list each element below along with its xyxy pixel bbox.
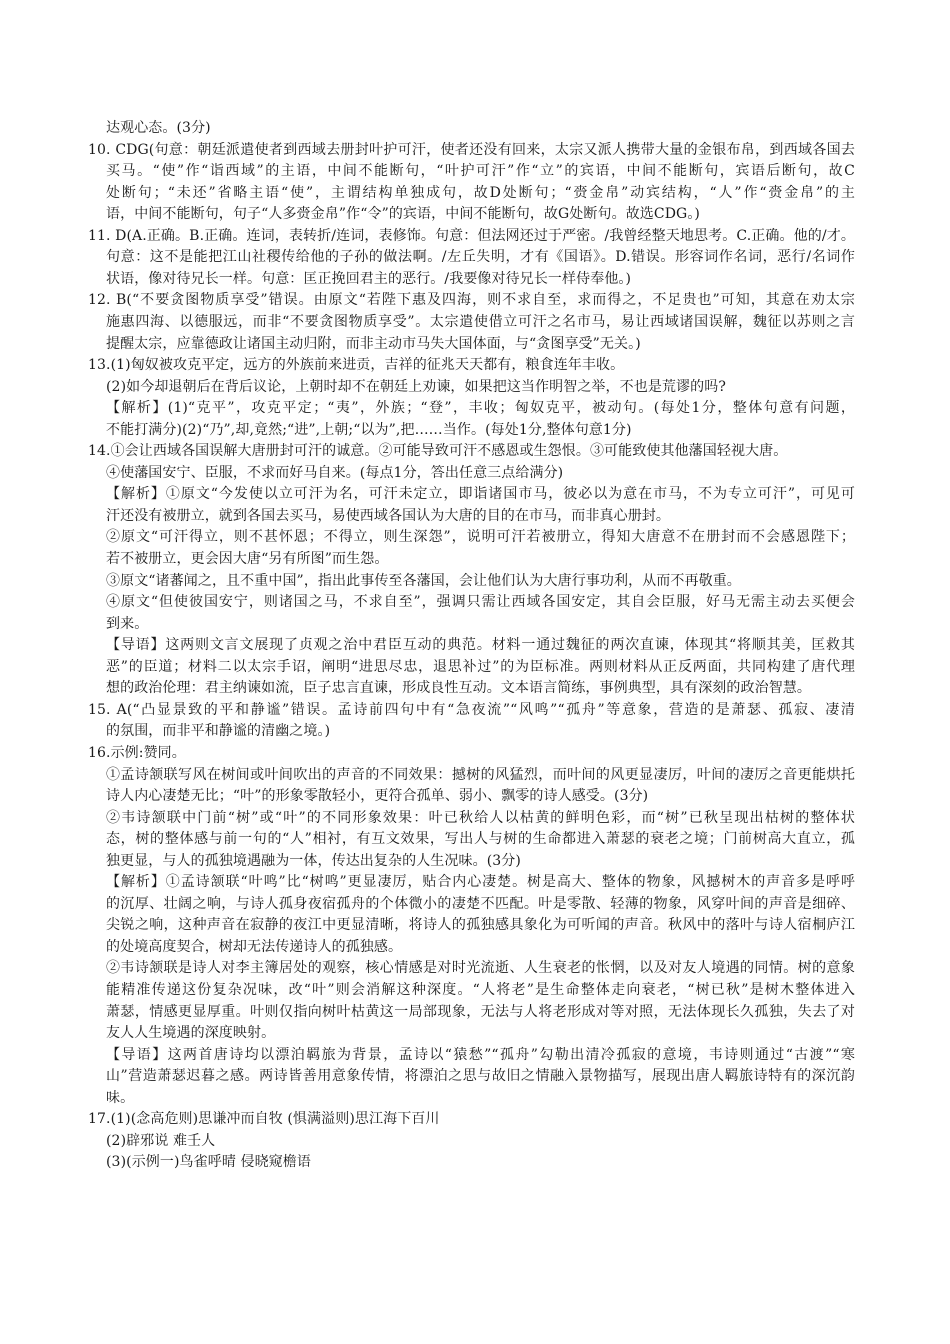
answer-text-line: 【解析】①孟诗颔联“叶鸣”比“树鸣”更显凄厉，贴合内心凄楚。树是高大、整体的物象…: [106, 873, 855, 891]
answer-text-line: 的处境高度契合，树却无法传递诗人的孤独感。: [106, 938, 402, 956]
answer-text-line: 的沉厚、壮阔之响，与诗人孤身夜宿孤舟的个体微小的凄楚不匹配。叶是零散、轻薄的物象…: [106, 895, 855, 913]
answer-text-line: 【解析】①原文“今发使以立可汗为名，可汗未定立，即诣诸国市马，彼必以为意在市马，…: [106, 485, 855, 503]
answer-item-line: 13.(1)匈奴被攻克平定，远方的外族前来进贡，吉祥的征兆天天都有，粮食连年丰收…: [88, 356, 624, 374]
answer-text-line: 语，中间不能断句，句子“人多赍金帛”作“令”的宾语，中间不能断句，故G处断句。故…: [106, 205, 700, 223]
answer-text-line: 到来。: [106, 615, 148, 633]
answer-text-line: 想的政治伦理：君主纳谏如流，臣子忠言直谏，形成良性互动。文本语言简练，事例典型，…: [106, 679, 811, 697]
answer-text-line: 尖锐之响，这种声音在寂静的夜江中更显清晰，将诗人的孤独感具象化为可听闻的声音。秋…: [106, 916, 855, 934]
answer-text-line: 【解析】(1)“克平”，攻克平定；“夷”，外族；“登”，丰收；匈奴克平，被动句。…: [106, 399, 855, 417]
answer-text-line: 处断句；“未还”省略主语“使”，主谓结构单独成句，故D处断句；“赍金帛”动宾结构…: [106, 184, 855, 202]
answer-text-line: 诗人内心凄楚无比；“叶”的形象零散轻小，更符合孤单、弱小、飘零的诗人感受。(3分…: [106, 787, 648, 805]
answer-item-line: 16.示例:赞同。: [88, 744, 186, 762]
answer-text-line: (2)如今却退朝后在背后议论，上朝时却不在朝廷上劝谏，如果把这当作明智之举，不也…: [106, 378, 726, 396]
answer-item-line: 11. D(A.正确。B.正确。连词，表转折/连词，表修饰。句意：但法网还过于严…: [88, 227, 855, 245]
answer-text-line: 若不被册立，更会因大唐“另有所图”而生怨。: [106, 550, 388, 568]
answer-text-line: 萧瑟，情感更显厚重。叶则仅指向树叶枯黄这一局部现象，无法与人将老形成对等对照，无…: [106, 1003, 855, 1021]
answer-text-line: 句意：这不是能把江山社稷传给他的子孙的做法啊。/左丘失明，才有《国语》。D.错误…: [106, 248, 855, 266]
answer-item-line: 10. CDG(句意：朝廷派遣使者到西域去册封叶护可汗，使者还没有回来，太宗又派…: [88, 141, 855, 159]
answer-text-line: 汗还没有被册立，就到各国去买马，易使西域各国认为大唐的目的在市马，而非真心册封。: [106, 507, 670, 525]
answer-text-line: ②韦诗颔联中门前“树”或“叶”的不同形象效果：叶已秋给人以枯黄的鲜明色彩，而“树…: [106, 809, 855, 827]
answer-text-line: 恶”的臣道；材料二以太宗手诏，阐明“进思尽忠，退思补过”的为臣标准。两则材料从正…: [106, 658, 855, 676]
answer-item-line: 15. A(“凸显景致的平和静谧”错误。孟诗前四句中有“急夜流”“风鸣”“孤舟”…: [88, 701, 855, 719]
answer-text-line: (2)辟邪说 难壬人: [106, 1132, 215, 1150]
answer-text-line: 能精准传递这份复杂况味，改“叶”则会消解这种深度。“人将老”是生命整体走向衰老，…: [106, 981, 855, 999]
answer-text-line: 味。: [106, 1089, 134, 1107]
answer-text-line: 山”营造萧瑟迟暮之感。两诗皆善用意象传情，将漂泊之思与故旧之情融入景物描写，展现…: [106, 1067, 855, 1085]
answer-text-line: 状语，像对待兄长一样。句意：匡正挽回君主的恶行。/我要像对待兄长一样侍奉他。): [106, 270, 631, 288]
answer-text-line: ①孟诗颔联写风在树间或叶间吹出的声音的不同效果：撼树的风猛烈，而叶间的风更显凄厉…: [106, 766, 855, 784]
answer-text-line: 态，树的整体感与前一句的“人”相衬，有互文效果，写出人与树的生命都进入萧瑟的衰老…: [106, 830, 855, 848]
answer-text-line: ③原文“诸蕃闻之，且不重中国”，指出此事传至各藩国，会让他们认为大唐行事功利，从…: [106, 572, 741, 590]
answer-text-line: 【导语】这两则文言文展现了贞观之治中君臣互动的典范。材料一通过魏征的两次直谏，体…: [106, 636, 855, 654]
answer-key-page: 达观心态。(3分)10. CDG(句意：朝廷派遣使者到西域去册封叶护可汗，使者还…: [0, 0, 950, 1344]
answer-item-line: 17.(1)(念高危则)思谦冲而自牧 (惧满溢则)思江海下百川: [88, 1110, 440, 1128]
answer-text-line: (3)(示例一)鸟雀呼晴 侵晓窥檐语: [106, 1153, 311, 1171]
answer-text-line: 【导语】这两首唐诗均以漂泊羁旅为背景，孟诗以“猿愁”“孤舟”勾勒出清冷孤寂的意境…: [106, 1046, 855, 1064]
answer-text-line: 达观心态。(3分): [106, 119, 211, 137]
answer-text-line: 不能打满分)(2)“乃”,却,竟然;“进”,上朝;“以为”,把……当作。(每处1…: [106, 421, 632, 439]
answer-text-line: ②韦诗颔联是诗人对李主簿居处的观察，核心情感是对时光流逝、人生衰老的怅惘，以及对…: [106, 959, 855, 977]
answer-text-line: ④原文“但使彼国安宁，则诸国之马，不求自至”，强调只需让西域各国安定，其自会臣服…: [106, 593, 855, 611]
answer-item-line: 12. B(“不要贪图物质享受”错误。由原文“若陛下惠及四海，则不求自至，求而得…: [88, 291, 855, 309]
answer-text-line: 施惠四海、以德服远，而非“不要贪图物质享受”。太宗遣使借立可汗之名市马，易让西域…: [106, 313, 855, 331]
answer-text-line: ②原文“可汗得立，则不甚怀恩；不得立，则生深怨”，说明可汗若被册立，得知大唐意不…: [106, 528, 855, 546]
answer-text-line: 独更显，与人的孤独境遇融为一体，传达出复杂的人生况味。(3分): [106, 852, 521, 870]
answer-text-line: 友人人生境遇的深度映射。: [106, 1024, 275, 1042]
answer-text-line: 买马。“使”作“诣西域”的主语，中间不能断句，“叶护可汗”作“立”的宾语，中间不…: [106, 162, 855, 180]
answer-text-line: ④使藩国安宁、臣服，不求而好马自来。(每点1分，答出任意三点给满分): [106, 464, 563, 482]
answer-text-line: 提醒太宗，应靠德政让诸国主动归附，而非主动市马失大国体面，与“贪图享受”无关。): [106, 335, 641, 353]
answer-text-line: 的氛围，而非平和静谧的清幽之境。): [106, 722, 330, 740]
answer-item-line: 14.①会让西域各国误解大唐册封可汗的诚意。②可能导致可汗不感恩或生怨恨。③可能…: [88, 442, 787, 460]
